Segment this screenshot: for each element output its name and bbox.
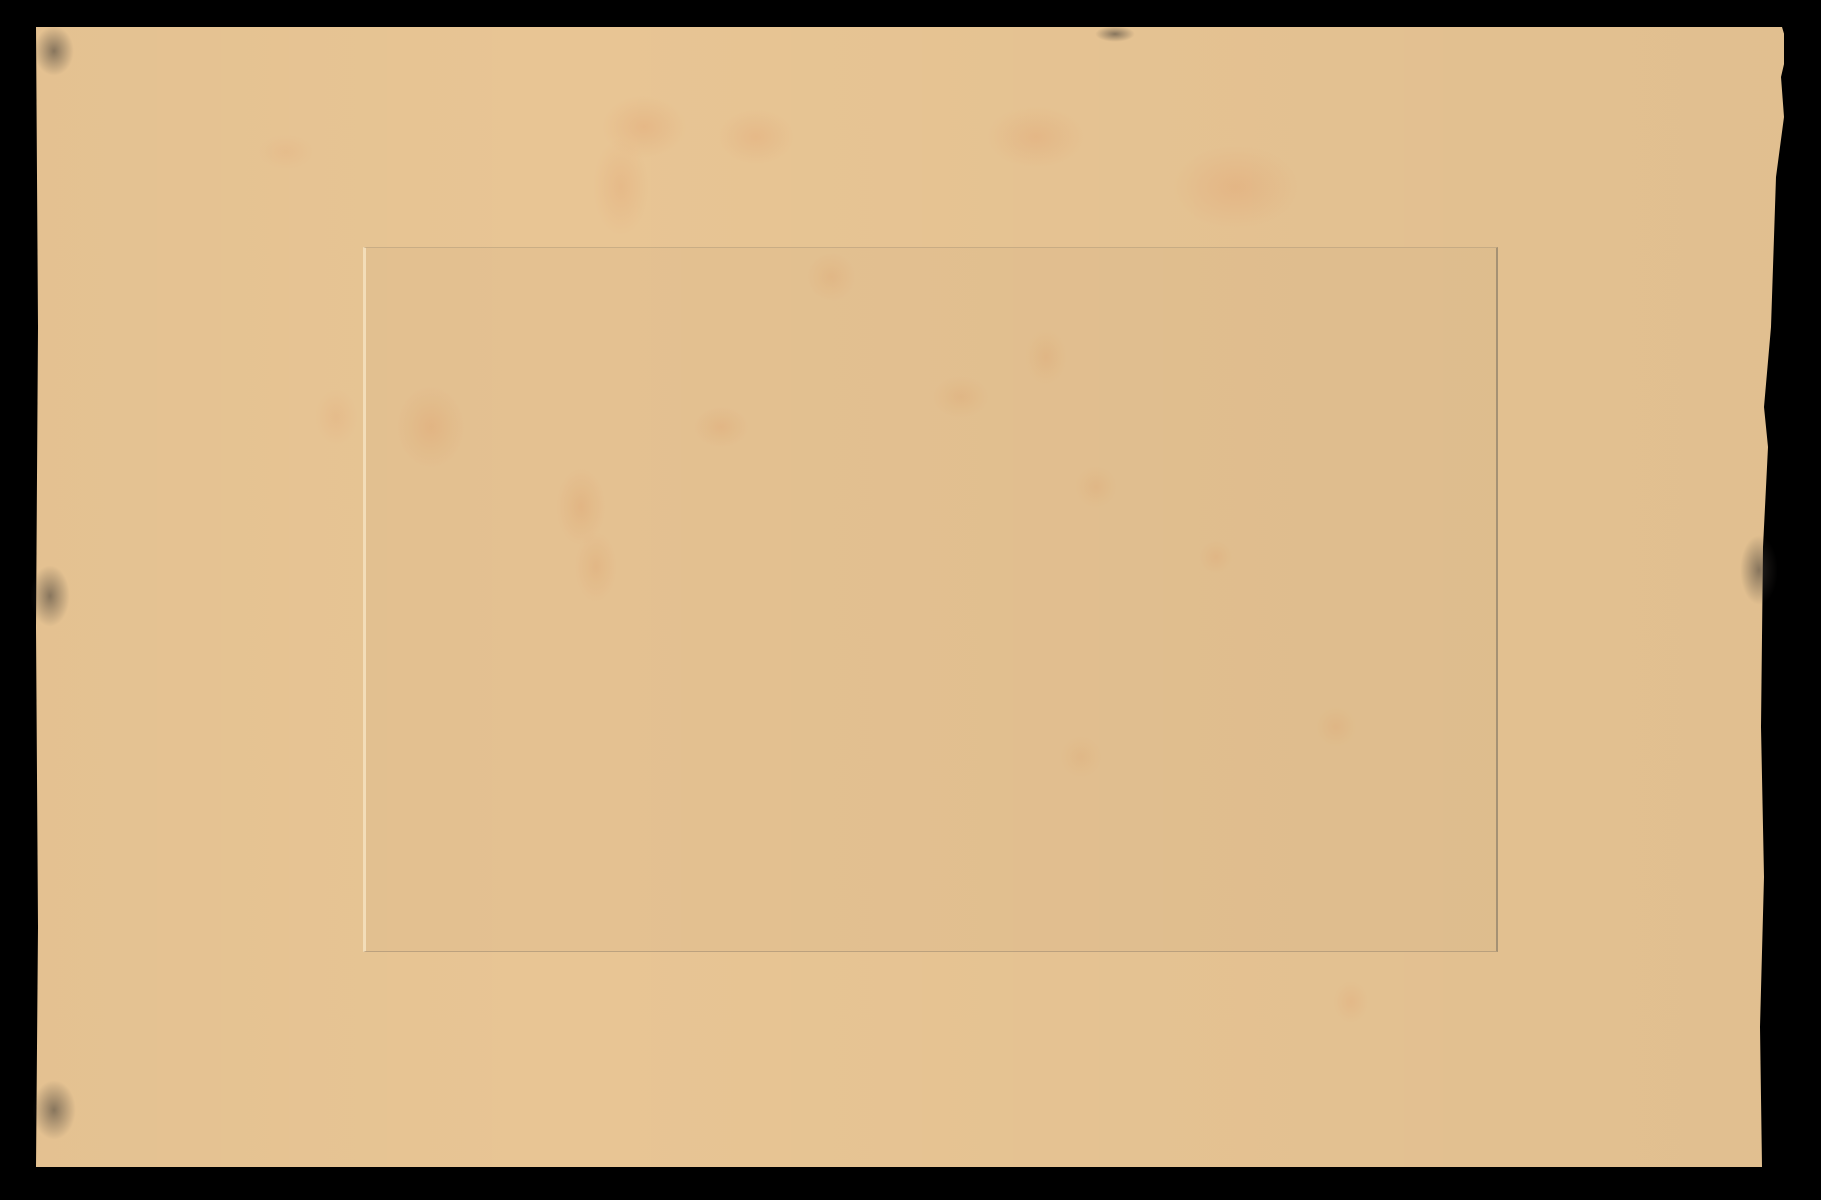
smudge-top-left-corner	[34, 26, 74, 76]
smudge-left-edge-middle	[30, 565, 70, 627]
smudge-top-edge	[1095, 26, 1135, 42]
smudge-right-edge-middle	[1740, 535, 1778, 605]
smudge-left-edge-bottom	[32, 1080, 76, 1140]
plate-mark	[363, 247, 1498, 952]
